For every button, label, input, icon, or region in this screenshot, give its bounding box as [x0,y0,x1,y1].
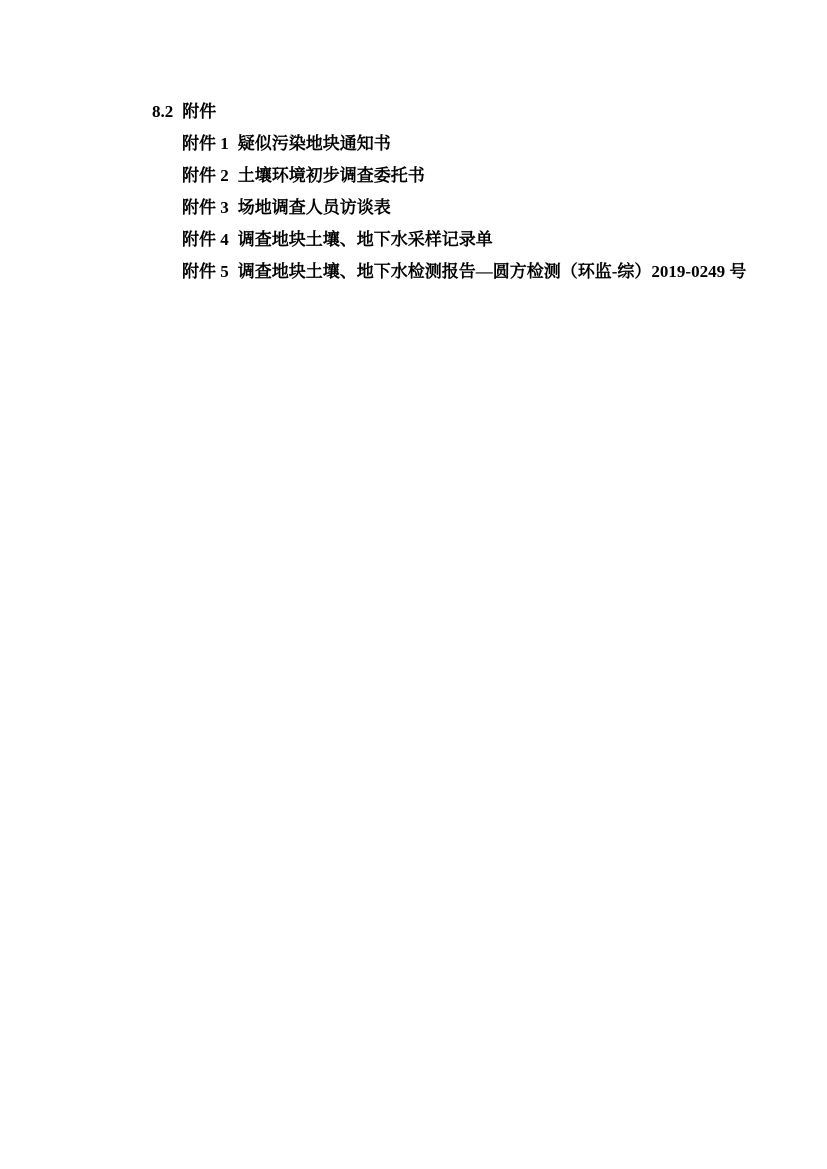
document-page: 8.2 附件 附件 1 疑似污染地块通知书 附件 2 土壤环境初步调查委托书 附… [0,0,827,1169]
attachment-label: 附件 1 [182,128,229,160]
attachment-item: 附件 2 土壤环境初步调查委托书 [182,160,746,192]
attachment-label: 附件 4 [182,224,229,256]
attachment-item: 附件 4 调查地块土壤、地下水采样记录单 [182,224,746,256]
attachment-list: 附件 1 疑似污染地块通知书 附件 2 土壤环境初步调查委托书 附件 3 场地调… [182,128,746,288]
section-number: 8.2 [152,100,173,124]
attachment-item: 附件 5 调查地块土壤、地下水检测报告—圆方检测（环监-综）2019-0249 … [182,256,746,288]
attachment-label: 附件 3 [182,192,229,224]
section-title: 附件 [182,100,216,124]
attachment-title: 场地调查人员访谈表 [238,192,391,224]
attachment-item: 附件 3 场地调查人员访谈表 [182,192,746,224]
attachment-title: 疑似污染地块通知书 [238,128,391,160]
attachment-title: 土壤环境初步调查委托书 [238,160,425,192]
section-heading: 8.2 附件 [152,100,216,124]
attachment-item: 附件 1 疑似污染地块通知书 [182,128,746,160]
attachment-title: 调查地块土壤、地下水采样记录单 [238,224,493,256]
attachment-label: 附件 2 [182,160,229,192]
attachment-label: 附件 5 [182,256,229,288]
attachment-title: 调查地块土壤、地下水检测报告—圆方检测（环监-综）2019-0249 号 [238,256,747,288]
